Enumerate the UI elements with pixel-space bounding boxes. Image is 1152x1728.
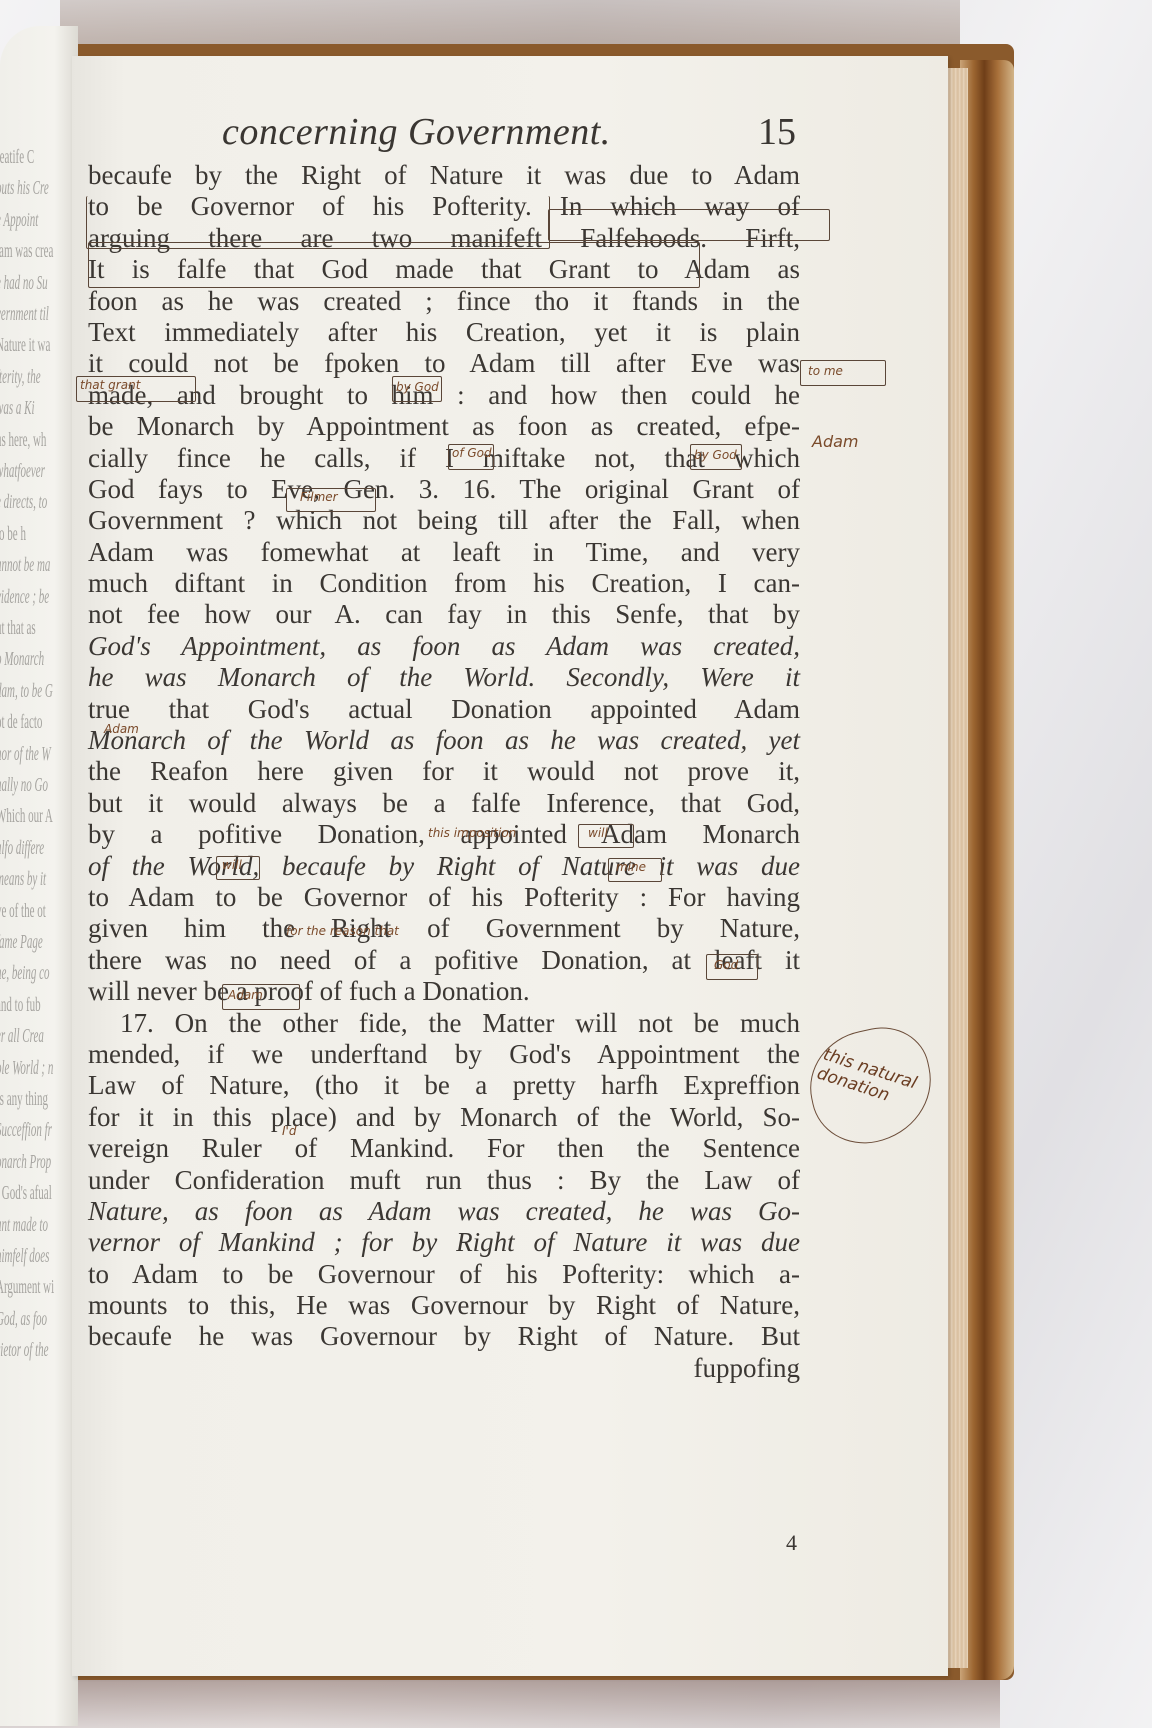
left-page-fragment: ut that as [0, 617, 36, 640]
margin-note-text: this natural donation [814, 1044, 931, 1116]
text-line: he was Monarch of the World. Secondly, W… [88, 662, 800, 693]
left-page-fragment: onarch Prop [0, 1151, 51, 1174]
annotation-will-1: will [588, 826, 608, 840]
left-page-fragment: vernment til [0, 303, 49, 326]
left-page-fragment: Which our A [0, 805, 53, 828]
left-page-fragment: fame Page [0, 931, 43, 954]
annotation-to-me: to me [808, 364, 843, 378]
left-page-fragment: lam was crea [0, 240, 53, 263]
text-line: Law of Nature, (tho it be a pretty harfh… [88, 1070, 800, 1101]
left-page-fragment: us here, wh [0, 429, 46, 452]
left-page-fragment: rietor of the [0, 1339, 49, 1362]
signature-mark: 4 [786, 1530, 797, 1556]
text-line: true that God's actual Donation appointe… [88, 694, 800, 725]
text-line: be Monarch by Appointment as foon as cre… [88, 411, 800, 442]
text-line: Adam was fomewhat at leaft in Time, and … [88, 537, 800, 568]
left-page-fragment: annot be ma [0, 554, 50, 577]
annotation-adam-1: Adam [812, 432, 859, 451]
left-page-fragment: ant made to [0, 1214, 48, 1237]
left-page: reatife Couts his Cree Appointlam was cr… [0, 26, 78, 1726]
text-line: 17. On the other fide, the Matter will n… [88, 1008, 800, 1039]
annotation-of-god: of God [452, 446, 492, 460]
annotation-by-god-2: by God [694, 448, 737, 462]
left-page-fragment: was a Ki [0, 397, 35, 420]
annotation-for-the-reason-that: for the reason that [286, 924, 399, 938]
text-line: Government ? which not being till after … [88, 505, 800, 536]
annotation-id: I'd [282, 1124, 296, 1138]
left-page-fragment: e directs, to [0, 491, 47, 514]
left-page-fragment: God, as foo [0, 1308, 47, 1331]
text-line: the Reafon here given for it would not p… [88, 756, 800, 787]
text-line: to Adam to be Governor of his Pofterity … [88, 882, 800, 913]
text-line: Nature, as foon as Adam was created, he … [88, 1196, 800, 1227]
left-page-fragment: to be h [0, 523, 26, 546]
text-line: given him the Right of Government by Nat… [88, 913, 800, 944]
left-page-fragment: reatife C [0, 146, 34, 169]
running-head: concerning Government. [222, 110, 611, 154]
left-page-fragment: o Monarch [0, 648, 44, 671]
page-number: 15 [758, 110, 796, 154]
annotation-mine: mine [616, 860, 646, 874]
annotation-adam-3: Adam [228, 988, 263, 1002]
text-line: it could not be fpoken to Adam till afte… [88, 348, 800, 379]
text-line: Monarch of the World as foon as he was c… [88, 725, 800, 756]
annotation-this-imposition: this imposition [428, 826, 516, 840]
left-page-fragment: fterity, the [0, 366, 41, 389]
annotation-adam-2: Adam [104, 722, 139, 736]
annotation-that-grant: that grant [80, 378, 140, 392]
left-page-fragment: nor of the W [0, 743, 51, 766]
text-line: fuppofing [88, 1353, 800, 1384]
annotation-filmer: Filmer [300, 490, 338, 504]
text-line: vereign Ruler of Mankind. For then the S… [88, 1133, 800, 1164]
text-line: vernor of Mankind ; for by Right of Natu… [88, 1227, 800, 1258]
text-line: of the World, becaufe by Right of Nature… [88, 851, 800, 882]
left-page-fragment: ve of the ot [0, 900, 46, 923]
text-line: foon as he was created ; fince tho it ft… [88, 286, 800, 317]
left-page-fragment: he, being co [0, 962, 49, 985]
left-page-fragment: e had no Su [0, 272, 48, 295]
text-line: there was no need of a pofitive Donation… [88, 945, 800, 976]
left-page-fragment: vidence ; be [0, 586, 49, 609]
text-line: for it in this place) and by Monarch of … [88, 1102, 800, 1133]
text-line: becaufe he was Governour by Right of Nat… [88, 1321, 800, 1352]
left-page-fragment: means by it [0, 868, 46, 891]
left-page-fragment: alfo differe [0, 837, 44, 860]
left-page-fragment: Nature it wa [0, 334, 50, 357]
left-page-fragment: fs any thing [0, 1088, 48, 1111]
left-page-fragment: ot de facto [0, 711, 42, 734]
left-page-fragment: ole World ; n [0, 1057, 53, 1080]
text-line: under Confideration muft run thus : By t… [88, 1165, 800, 1196]
left-page-fragment: Succeffion fr [0, 1119, 52, 1142]
left-page-fragment: ually no Go [0, 774, 48, 797]
text-line: will never be a proof of fuch a Donation… [88, 976, 800, 1007]
left-page-fragment: e Appoint [0, 209, 38, 232]
book-cover-edge [960, 60, 1014, 1680]
text-line: God fays to Eve, Gen. 3. 16. The origina… [88, 474, 800, 505]
text-line: much diftant in Condition from his Creat… [88, 568, 800, 599]
left-page-fragment: whatfoever [0, 460, 45, 483]
left-page-fragment: himfelf does [0, 1245, 49, 1268]
text-line: God's Appointment, as foon as Adam was c… [88, 631, 800, 662]
left-page-fragment: dam, to be G [0, 680, 53, 703]
annotation-by-god-1: by God [396, 380, 439, 394]
text-line: not fee how our A. can fay in this Senfe… [88, 599, 800, 630]
annotation-box-which-way [548, 209, 830, 241]
text-line: Text immediately after his Creation, yet… [88, 317, 800, 348]
left-page-fragment: and to fub [0, 994, 41, 1017]
annotation-god: God [714, 958, 738, 972]
left-page-fragment: outs his Cre [0, 177, 49, 200]
text-line: mended, if we underftand by God's Appoin… [88, 1039, 800, 1070]
left-page-fragment: er all Crea [0, 1025, 44, 1048]
left-page-fragment: t God's afual [0, 1182, 52, 1205]
text-line: but it would always be a falfe Inference… [88, 788, 800, 819]
text-line: becaufe by the Right of Nature it was du… [88, 160, 800, 191]
body-text: becaufe by the Right of Nature it was du… [88, 160, 800, 1384]
left-page-fragment: Argument wi [0, 1276, 54, 1299]
text-line: mounts to this, He was Governour by Righ… [88, 1290, 800, 1321]
annotation-will-2: will [222, 858, 242, 872]
annotation-box-arguing [88, 242, 700, 288]
text-line: to Adam to be Governour of his Pofterity… [88, 1259, 800, 1290]
